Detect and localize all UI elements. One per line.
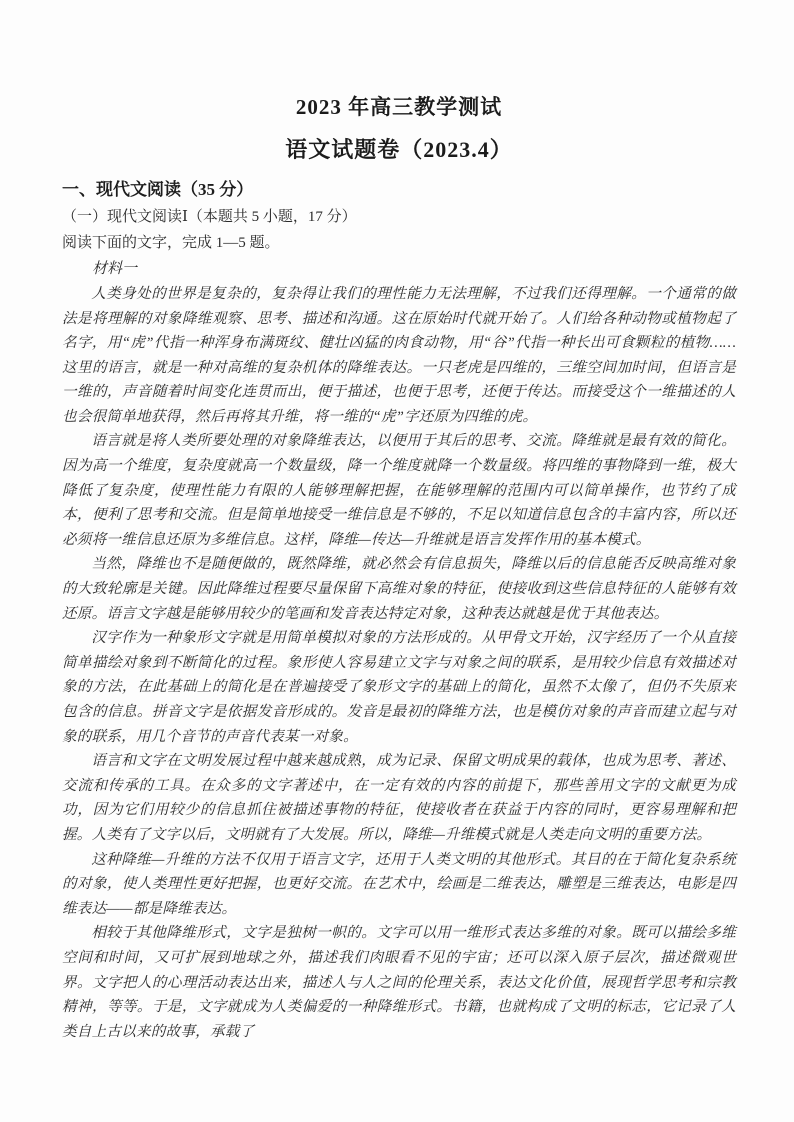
material-paragraph-1: 人类身处的世界是复杂的，复杂得让我们的理性能力无法理解，不过我们还得理解。一个通… <box>62 282 736 430</box>
material-paragraph-7: 相较于其他降维形式，文字是独树一帜的。文字可以用一维形式表达多维的对象。既可以描… <box>62 921 736 1044</box>
material-label: 材料一 <box>62 257 736 282</box>
reading-instruction: 阅读下面的文字，完成 1—5 题。 <box>62 233 736 255</box>
subsection-heading: （一）现代文阅读Ⅰ（本题共 5 小题，17 分） <box>62 207 736 229</box>
material-paragraph-4: 汉字作为一种象形文字就是用简单模拟对象的方法形成的。从甲骨文开始，汉字经历了一个… <box>62 626 736 749</box>
material-paragraph-5: 语言和文字在文明发展过程中越来越成熟，成为记录、保留文明成果的载体，也成为思考、… <box>62 749 736 847</box>
document-subtitle: 语文试题卷（2023.4） <box>62 136 736 165</box>
exam-paper-page: 2023 年高三教学测试 语文试题卷（2023.4） 一、现代文阅读（35 分）… <box>0 0 794 1122</box>
material-paragraph-2: 语言就是将人类所要处理的对象降维表达，以便用于其后的思考、交流。降维就是最有效的… <box>62 429 736 552</box>
document-title: 2023 年高三教学测试 <box>62 94 736 121</box>
material-paragraph-3: 当然，降维也不是随便做的，既然降维，就必然会有信息损失，降维以后的信息能否反映高… <box>62 552 736 626</box>
section-heading: 一、现代文阅读（35 分） <box>62 179 736 202</box>
material-paragraph-6: 这种降维—升维的方法不仅用于语言文字，还用于人类文明的其他形式。其目的在于简化复… <box>62 848 736 922</box>
